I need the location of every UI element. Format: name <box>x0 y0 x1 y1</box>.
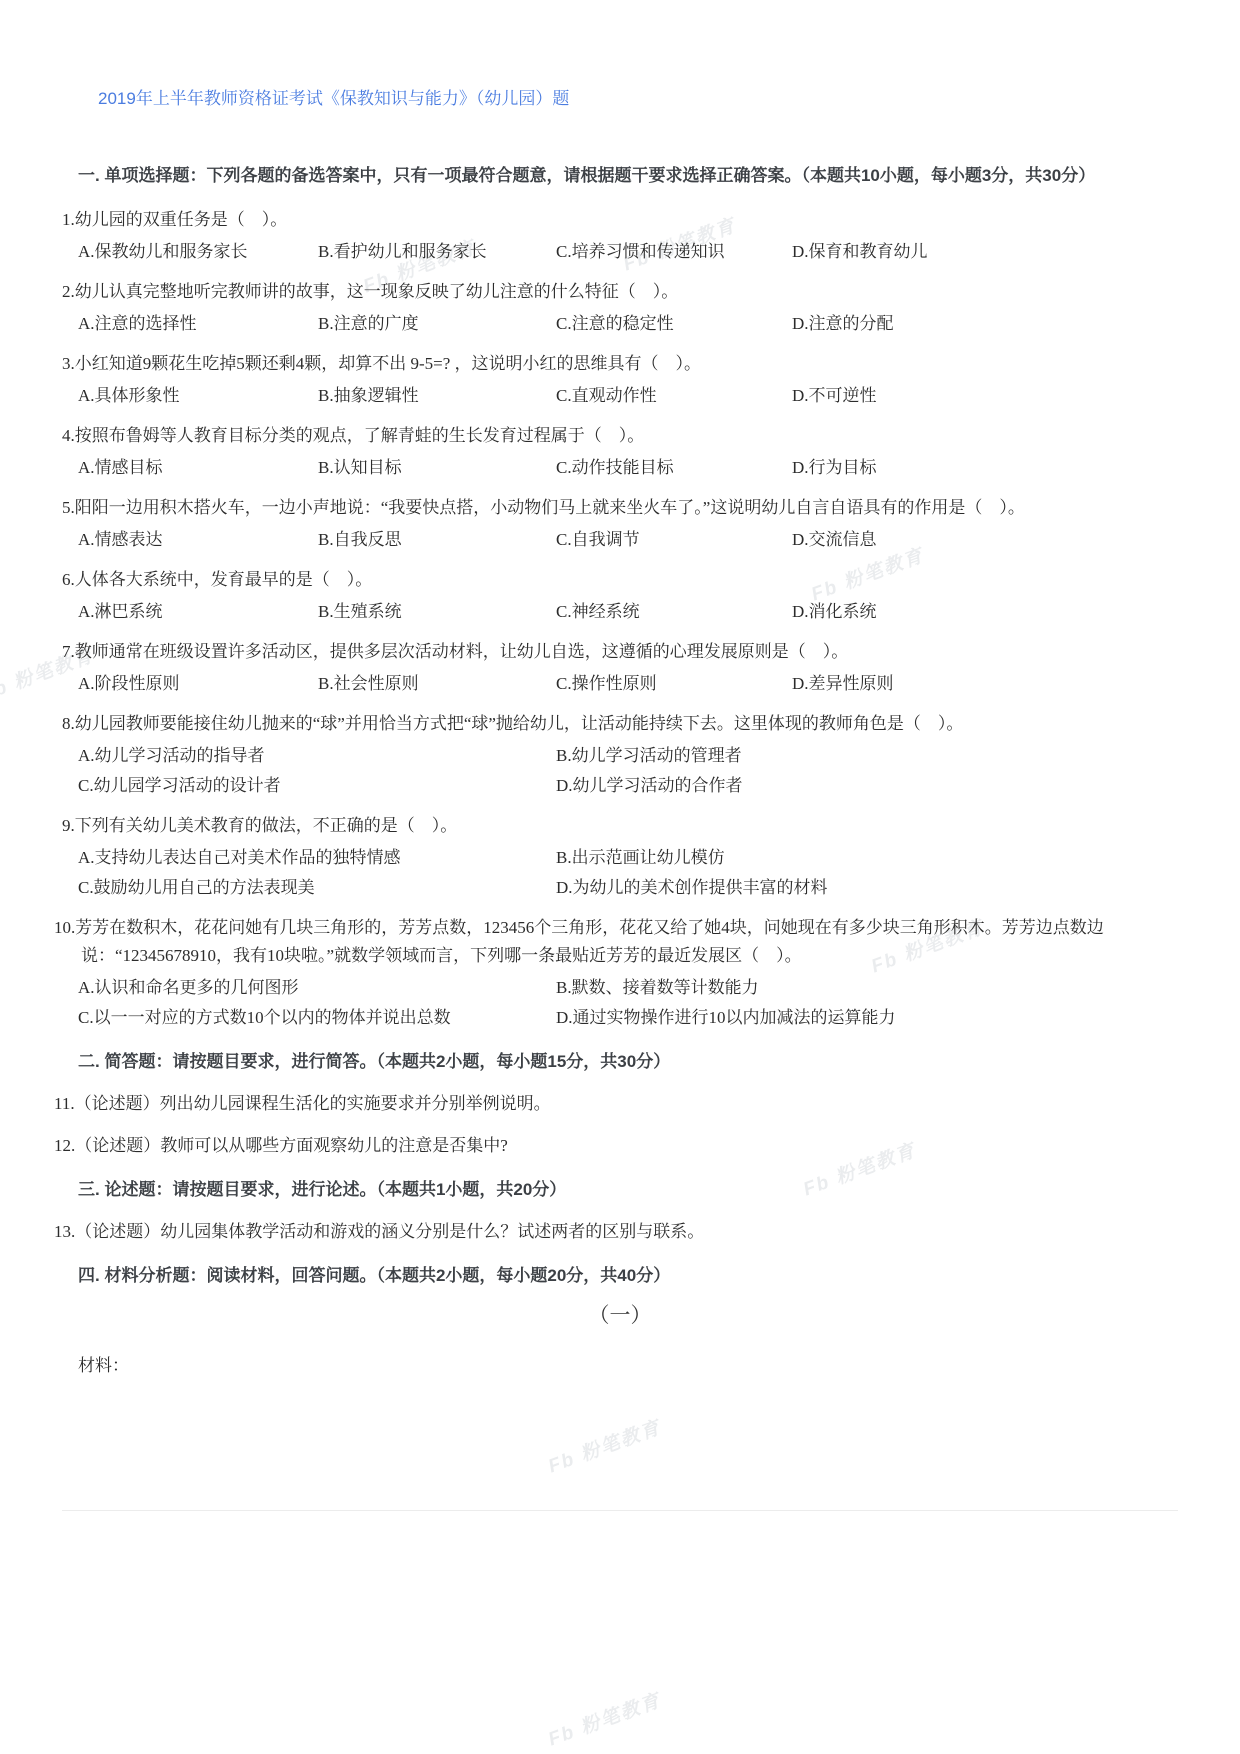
option-a: A.支持幼儿表达自己对美术作品的独特情感 <box>78 844 556 872</box>
option-c: C.操作性原则 <box>556 670 792 698</box>
option-a: A.情感表达 <box>78 526 318 554</box>
question-stem: 11.（论述题）列出幼儿园课程生活化的实施要求并分别举例说明。 <box>62 1090 1178 1118</box>
option-b: B.认知目标 <box>318 454 556 482</box>
option-c: C.神经系统 <box>556 598 792 626</box>
question-stem: 1.幼儿园的双重任务是（ ）。 <box>62 206 1178 234</box>
question-options: A.具体形象性 B.抽象逻辑性 C.直观动作性 D.不可逆性 <box>62 382 1178 410</box>
question-stem: 12.（论述题）教师可以从哪些方面观察幼儿的注意是否集中? <box>62 1132 1178 1160</box>
question-11: 11.（论述题）列出幼儿园课程生活化的实施要求并分别举例说明。 <box>62 1090 1178 1118</box>
option-c: C.幼儿园学习活动的设计者 <box>78 772 556 800</box>
question-options: A.保教幼儿和服务家长 B.看护幼儿和服务家长 C.培养习惯和传递知识 D.保育… <box>62 238 1178 266</box>
question-stem: 2.幼儿认真完整地听完教师讲的故事，这一现象反映了幼儿注意的什么特征（ ）。 <box>62 278 1178 306</box>
question-10: 10.芳芳在数积木，花花问她有几块三角形的，芳芳点数，123456个三角形，花花… <box>62 914 1178 1032</box>
question-options: A.情感表达 B.自我反思 C.自我调节 D.交流信息 <box>62 526 1178 554</box>
option-b: B.抽象逻辑性 <box>318 382 556 410</box>
option-d: D.消化系统 <box>792 598 1178 626</box>
question-stem: 8.幼儿园教师要能接住幼儿抛来的“球”并用恰当方式把“球”抛给幼儿，让活动能持续… <box>62 710 1178 738</box>
option-a: A.保教幼儿和服务家长 <box>78 238 318 266</box>
option-d: D.为幼儿的美术创作提供丰富的材料 <box>556 874 1178 902</box>
option-c: C.注意的稳定性 <box>556 310 792 338</box>
option-c: C.自我调节 <box>556 526 792 554</box>
question-12: 12.（论述题）教师可以从哪些方面观察幼儿的注意是否集中? <box>62 1132 1178 1160</box>
watermark: Fb 粉笔教育 <box>544 1686 665 1752</box>
question-4: 4.按照布鲁姆等人教育目标分类的观点，了解青蛙的生长发育过程属于（ ）。 A.情… <box>62 422 1178 482</box>
option-a: A.具体形象性 <box>78 382 318 410</box>
question-stem: 6.人体各大系统中，发育最早的是（ ）。 <box>62 566 1178 594</box>
option-b: B.生殖系统 <box>318 598 556 626</box>
option-b: B.默数、接着数等计数能力 <box>556 974 1178 1002</box>
question-stem: 5.阳阳一边用积木搭火车，一边小声地说：“我要快点搭，小动物们马上就来坐火车了。… <box>62 494 1178 522</box>
option-a: A.注意的选择性 <box>78 310 318 338</box>
question-3: 3.小红知道9颗花生吃掉5颗还剩4颗，却算不出 9-5=? ，这说明小红的思维具… <box>62 350 1178 410</box>
question-options: A.情感目标 B.认知目标 C.动作技能目标 D.行为目标 <box>62 454 1178 482</box>
page-title: 2019年上半年教师资格证考试《保教知识与能力》（幼儿园）题 <box>62 86 1178 112</box>
section-divider <box>62 1510 1178 1511</box>
option-d: D.幼儿学习活动的合作者 <box>556 772 1178 800</box>
question-6: 6.人体各大系统中，发育最早的是（ ）。 A.淋巴系统 B.生殖系统 C.神经系… <box>62 566 1178 626</box>
material-label: 材料： <box>62 1352 1178 1380</box>
option-c: C.以一一对应的方式数10个以内的物体并说出总数 <box>78 1004 556 1032</box>
question-stem: 9.下列有关幼儿美术教育的做法，不正确的是（ ）。 <box>62 812 1178 840</box>
question-5: 5.阳阳一边用积木搭火车，一边小声地说：“我要快点搭，小动物们马上就来坐火车了。… <box>62 494 1178 554</box>
document-page: 2019年上半年教师资格证考试《保教知识与能力》（幼儿园）题 一. 单项选择题：… <box>0 0 1240 1511</box>
option-c: C.动作技能目标 <box>556 454 792 482</box>
option-b: B.注意的广度 <box>318 310 556 338</box>
option-b: B.出示范画让幼儿模仿 <box>556 844 1178 872</box>
question-options: A.淋巴系统 B.生殖系统 C.神经系统 D.消化系统 <box>62 598 1178 626</box>
section-heading-2: 二. 简答题：请按题目要求，进行简答。（本题共2小题，每小题15分，共30分） <box>62 1044 1178 1080</box>
question-2: 2.幼儿认真完整地听完教师讲的故事，这一现象反映了幼儿注意的什么特征（ ）。 A… <box>62 278 1178 338</box>
option-d: D.差异性原则 <box>792 670 1178 698</box>
option-d: D.不可逆性 <box>792 382 1178 410</box>
material-part-label: （一） <box>62 1298 1178 1332</box>
option-a: A.幼儿学习活动的指导者 <box>78 742 556 770</box>
question-13: 13.（论述题）幼儿园集体教学活动和游戏的涵义分别是什么？试述两者的区别与联系。 <box>62 1218 1178 1246</box>
option-d: D.保育和教育幼儿 <box>792 238 1178 266</box>
question-9: 9.下列有关幼儿美术教育的做法，不正确的是（ ）。 A.支持幼儿表达自己对美术作… <box>62 812 1178 902</box>
option-b: B.社会性原则 <box>318 670 556 698</box>
option-c: C.培养习惯和传递知识 <box>556 238 792 266</box>
option-a: A.阶段性原则 <box>78 670 318 698</box>
question-stem: 10.芳芳在数积木，花花问她有几块三角形的，芳芳点数，123456个三角形，花花… <box>62 914 1178 970</box>
question-options: A.幼儿学习活动的指导者 B.幼儿学习活动的管理者 C.幼儿园学习活动的设计者 … <box>62 742 1178 800</box>
question-1: 1.幼儿园的双重任务是（ ）。 A.保教幼儿和服务家长 B.看护幼儿和服务家长 … <box>62 206 1178 266</box>
question-options: A.阶段性原则 B.社会性原则 C.操作性原则 D.差异性原则 <box>62 670 1178 698</box>
section-heading-4: 四. 材料分析题：阅读材料，回答问题。（本题共2小题，每小题20分，共40分） <box>62 1258 1178 1294</box>
option-a: A.淋巴系统 <box>78 598 318 626</box>
section-heading-1: 一. 单项选择题：下列各题的备选答案中，只有一项最符合题意，请根据题干要求选择正… <box>62 158 1178 194</box>
option-d: D.行为目标 <box>792 454 1178 482</box>
option-b: B.幼儿学习活动的管理者 <box>556 742 1178 770</box>
question-options: A.认识和命名更多的几何图形 B.默数、接着数等计数能力 C.以一一对应的方式数… <box>62 974 1178 1032</box>
question-stem: 7.教师通常在班级设置许多活动区，提供多层次活动材料，让幼儿自选，这遵循的心理发… <box>62 638 1178 666</box>
question-stem: 4.按照布鲁姆等人教育目标分类的观点，了解青蛙的生长发育过程属于（ ）。 <box>62 422 1178 450</box>
question-8: 8.幼儿园教师要能接住幼儿抛来的“球”并用恰当方式把“球”抛给幼儿，让活动能持续… <box>62 710 1178 800</box>
option-c: C.鼓励幼儿用自己的方法表现美 <box>78 874 556 902</box>
question-7: 7.教师通常在班级设置许多活动区，提供多层次活动材料，让幼儿自选，这遵循的心理发… <box>62 638 1178 698</box>
question-stem: 3.小红知道9颗花生吃掉5颗还剩4颗，却算不出 9-5=? ，这说明小红的思维具… <box>62 350 1178 378</box>
section-heading-3: 三. 论述题：请按题目要求，进行论述。（本题共1小题，共20分） <box>62 1172 1178 1208</box>
option-d: D.注意的分配 <box>792 310 1178 338</box>
option-a: A.认识和命名更多的几何图形 <box>78 974 556 1002</box>
option-d: D.通过实物操作进行10以内加减法的运算能力 <box>556 1004 1178 1032</box>
option-c: C.直观动作性 <box>556 382 792 410</box>
option-b: B.看护幼儿和服务家长 <box>318 238 556 266</box>
question-stem: 13.（论述题）幼儿园集体教学活动和游戏的涵义分别是什么？试述两者的区别与联系。 <box>62 1218 1178 1246</box>
option-a: A.情感目标 <box>78 454 318 482</box>
option-d: D.交流信息 <box>792 526 1178 554</box>
question-options: A.注意的选择性 B.注意的广度 C.注意的稳定性 D.注意的分配 <box>62 310 1178 338</box>
question-options: A.支持幼儿表达自己对美术作品的独特情感 B.出示范画让幼儿模仿 C.鼓励幼儿用… <box>62 844 1178 902</box>
option-b: B.自我反思 <box>318 526 556 554</box>
